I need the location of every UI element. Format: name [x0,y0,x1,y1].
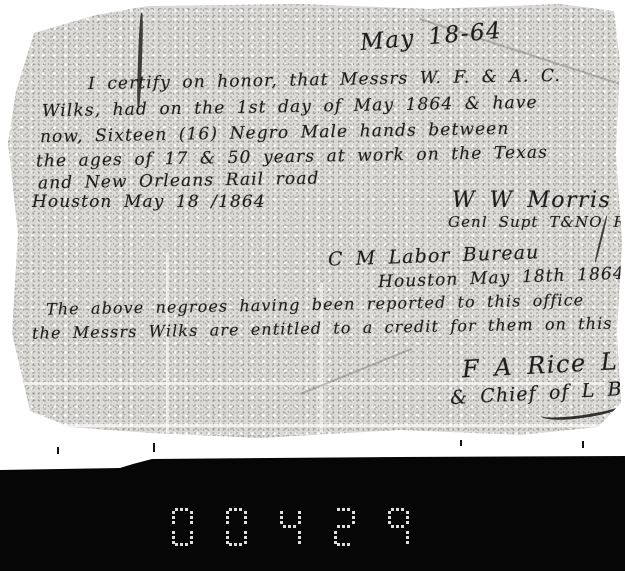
fold-line [166,253,169,433]
date-annotation: May 18-64 [359,18,503,56]
segment [244,530,247,544]
crease-mark [21,11,30,27]
segment [298,530,301,544]
segment [172,530,175,544]
certificate-line: now, Sixteen (16) Negro Male hands betwe… [40,119,510,147]
segment [190,510,193,524]
registration-tick [153,443,155,452]
segment [172,510,175,524]
certificate-line: and New Orleans Rail road [38,169,320,194]
registration-tick [460,440,462,446]
endorsement-line: The above negroes having been reported t… [46,290,585,318]
fold-line [20,424,605,427]
segment [391,525,406,528]
segment [280,510,283,524]
segment [298,510,301,524]
signature-f-a-rice: F A Rice Lt [461,347,625,384]
segment [337,525,352,528]
signature-w-w-morris: W W Morris [452,188,611,213]
segment [337,508,352,511]
scanned-document: May 18-64 I certify on honor, that Messr… [0,3,625,440]
segment [406,530,409,544]
certificate-line: the ages of 17 & 50 years at work on the… [36,143,548,172]
counter-digit [172,508,193,546]
segment [226,530,229,544]
frame-counter [172,508,409,546]
crease-mark [300,348,412,395]
segment [406,510,409,524]
counter-digit [280,508,301,546]
endorsement-dateline: Houston May 18th 1864 [378,264,625,293]
segment [175,508,190,511]
signature-title: Genl Supt T&NO RRd [448,213,625,231]
counter-digit [226,508,247,546]
registration-tick [57,447,59,454]
registration-tick [582,441,584,448]
certificate-line: I certify on honor, that Messrs W. F. & … [88,66,561,94]
segment [229,508,244,511]
segment [283,525,298,528]
segment [337,543,352,546]
microfilm-frame: May 18-64 I certify on honor, that Messr… [0,0,625,573]
segment [226,510,229,524]
segment [334,530,337,544]
segment [175,543,190,546]
segment [388,510,391,524]
certificate-dateline: Houston May 18 /1864 [32,192,266,212]
certificate-line: Wilks, had on the 1st day of May 1864 & … [42,93,538,122]
counter-digit [334,508,355,546]
crease-mark [136,13,143,108]
counter-digit [388,508,409,546]
segment [190,530,193,544]
segment [391,508,406,511]
segment [244,510,247,524]
segment [352,510,355,524]
segment [229,543,244,546]
endorsement-heading: C M Labor Bureau [328,241,540,270]
